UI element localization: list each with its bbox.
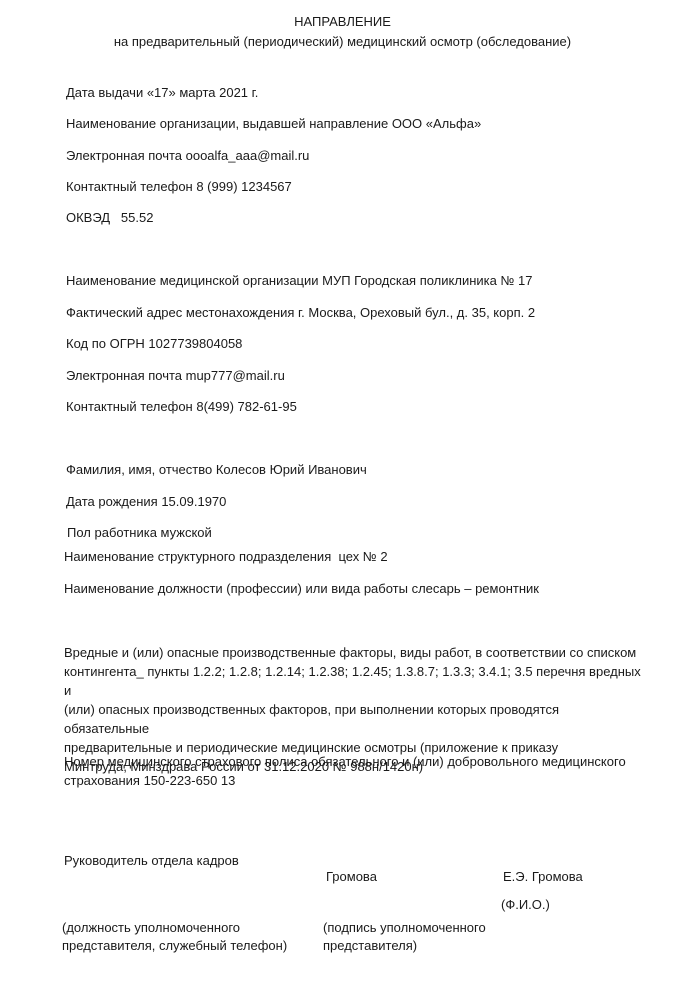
employee-position: Наименование должности (профессии) или в…	[64, 581, 539, 596]
position-caption-line-1: (должность уполномоченного	[62, 920, 240, 935]
hazard-factors-line: Вредные и (или) опасные производственные…	[64, 643, 644, 662]
okved-code: ОКВЭД 55.52	[66, 210, 153, 225]
signature-caption-line-2: представителя)	[323, 938, 417, 953]
insurance-policy-line: Номер медицинского страхового полиса обя…	[64, 752, 644, 771]
medical-org-email: Электронная почта mup777@mail.ru	[66, 368, 285, 383]
issuing-org-email: Электронная почта oooalfa_aaa@mail.ru	[66, 148, 309, 163]
document-title: НАПРАВЛЕНИЕ	[0, 14, 685, 29]
insurance-policy-paragraph: Номер медицинского страхового полиса обя…	[64, 752, 644, 790]
hazard-factors-line: контингента_ пункты 1.2.2; 1.2.8; 1.2.14…	[64, 662, 644, 700]
medical-org-name: Наименование медицинской организации МУП…	[66, 273, 532, 288]
signatory-position: Руководитель отдела кадров	[64, 853, 239, 868]
employee-department: Наименование структурного подразделения …	[64, 549, 388, 564]
document-subtitle: на предварительный (периодический) медиц…	[0, 34, 685, 49]
issuing-org-phone: Контактный телефон 8 (999) 1234567	[66, 179, 292, 194]
employee-full-name: Фамилия, имя, отчество Колесов Юрий Иван…	[66, 462, 367, 477]
signature-caption-line-1: (подпись уполномоченного	[323, 920, 486, 935]
signatory-name: Е.Э. Громова	[503, 869, 583, 884]
insurance-policy-line: страхования 150-223-650 13	[64, 771, 644, 790]
issue-date: Дата выдачи «17» марта 2021 г.	[66, 85, 258, 100]
signatory-signature: Громова	[326, 869, 377, 884]
employee-gender: Пол работника мужской	[67, 525, 212, 540]
employee-birth-date: Дата рождения 15.09.1970	[66, 494, 226, 509]
position-caption-line-2: представителя, служебный телефон)	[62, 938, 287, 953]
medical-org-phone: Контактный телефон 8(499) 782-61-95	[66, 399, 297, 414]
medical-org-ogrn: Код по ОГРН 1027739804058	[66, 336, 242, 351]
name-caption: (Ф.И.О.)	[501, 897, 550, 912]
hazard-factors-line: (или) опасных производственных факторов,…	[64, 700, 644, 738]
medical-org-address: Фактический адрес местонахождения г. Мос…	[66, 305, 535, 320]
issuing-org-name: Наименование организации, выдавшей напра…	[66, 116, 481, 131]
